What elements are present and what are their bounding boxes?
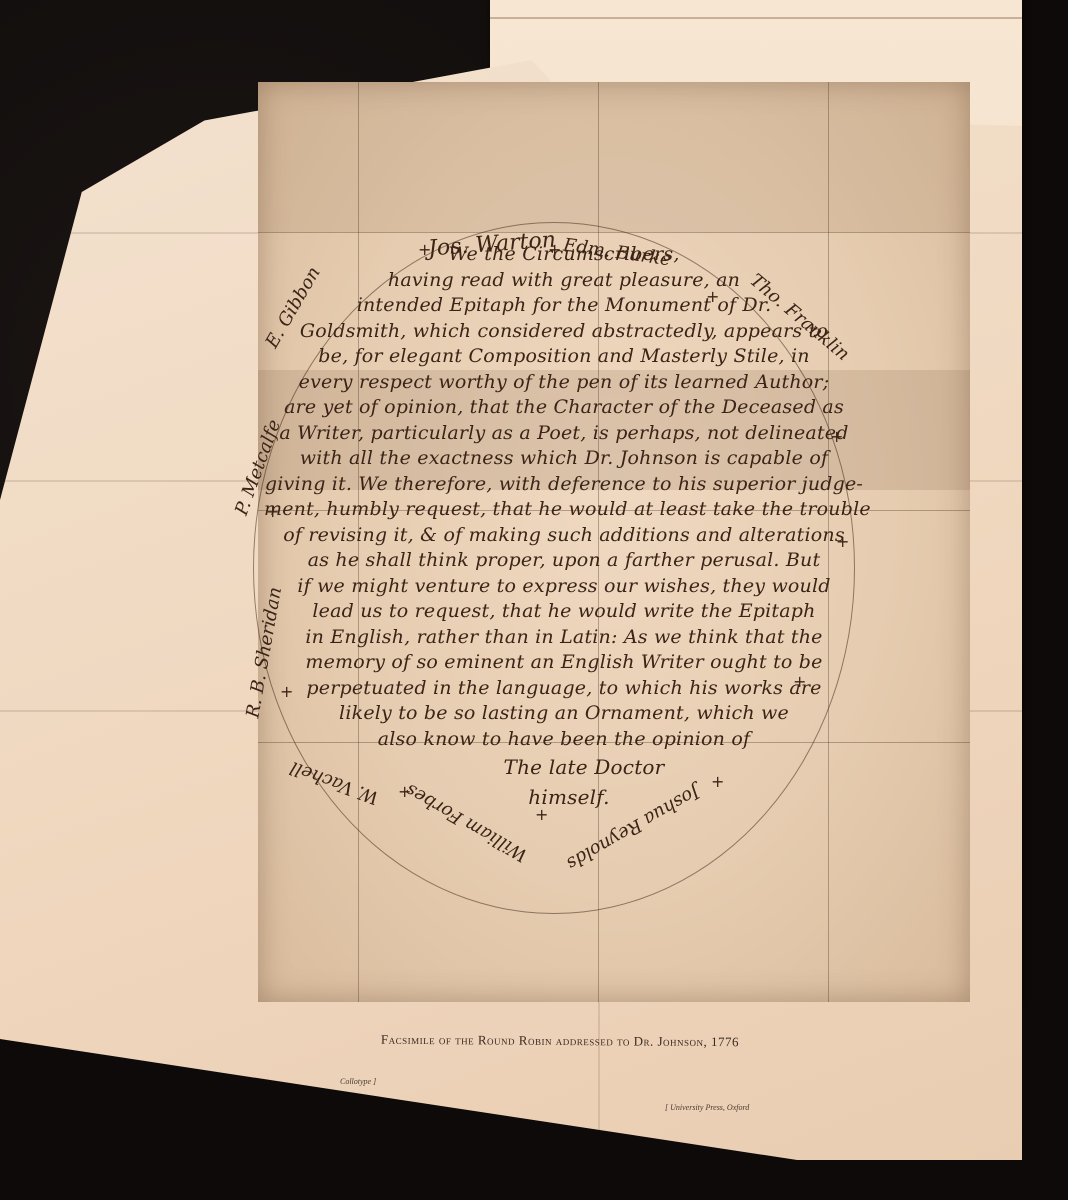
manuscript-line: every respect worthy of the pen of its l…	[264, 370, 864, 396]
manuscript-line: Goldsmith, which considered abstractedly…	[264, 319, 864, 345]
manuscript-line: be, for elegant Composition and Masterly…	[264, 344, 864, 370]
manuscript-line: a Writer, particularly as a Poet, is per…	[264, 421, 864, 447]
manuscript-line: also know to have been the opinion of	[264, 727, 864, 753]
manuscript-line: likely to be so lasting an Ornament, whi…	[264, 701, 864, 727]
cross-mark: +	[535, 805, 548, 824]
manuscript-line: in English, rather than in Latin: As we …	[264, 625, 864, 651]
cross-mark: +	[548, 240, 561, 259]
manuscript-line: with all the exactness which Dr. Johnson…	[264, 446, 864, 472]
cross-mark: +	[418, 240, 431, 259]
manuscript-line: giving it. We therefore, with deference …	[264, 472, 864, 498]
manuscript-text: We the Circumscribers, having read with …	[264, 242, 864, 812]
manuscript-line: of revising it, & of making such additio…	[264, 523, 864, 549]
cross-mark: +	[793, 672, 806, 691]
cross-mark: +	[398, 782, 411, 801]
cross-mark: +	[830, 427, 843, 446]
manuscript-line: are yet of opinion, that the Character o…	[264, 395, 864, 421]
cross-mark: +	[706, 287, 719, 306]
manuscript-line: if we might venture to express our wishe…	[264, 574, 864, 600]
manuscript-line: lead us to request, that he would write …	[264, 599, 864, 625]
page-fold-line	[490, 17, 1022, 19]
cross-mark: +	[280, 682, 293, 701]
cross-mark: +	[711, 772, 724, 791]
facsimile-plate: We the Circumscribers, having read with …	[258, 82, 970, 1002]
manuscript-line: as he shall think proper, upon a farther…	[264, 548, 864, 574]
printer-credit-right: [ University Press, Oxford	[665, 1103, 749, 1112]
printer-credit-left: Collotype ]	[340, 1077, 376, 1086]
shade-band	[258, 82, 970, 232]
manuscript-line: memory of so eminent an English Writer o…	[264, 650, 864, 676]
manuscript-line: ment, humbly request, that he would at l…	[264, 497, 864, 523]
manuscript-line: perpetuated in the language, to which hi…	[264, 676, 864, 702]
cross-mark: +	[266, 502, 279, 521]
cross-mark: +	[836, 532, 849, 551]
